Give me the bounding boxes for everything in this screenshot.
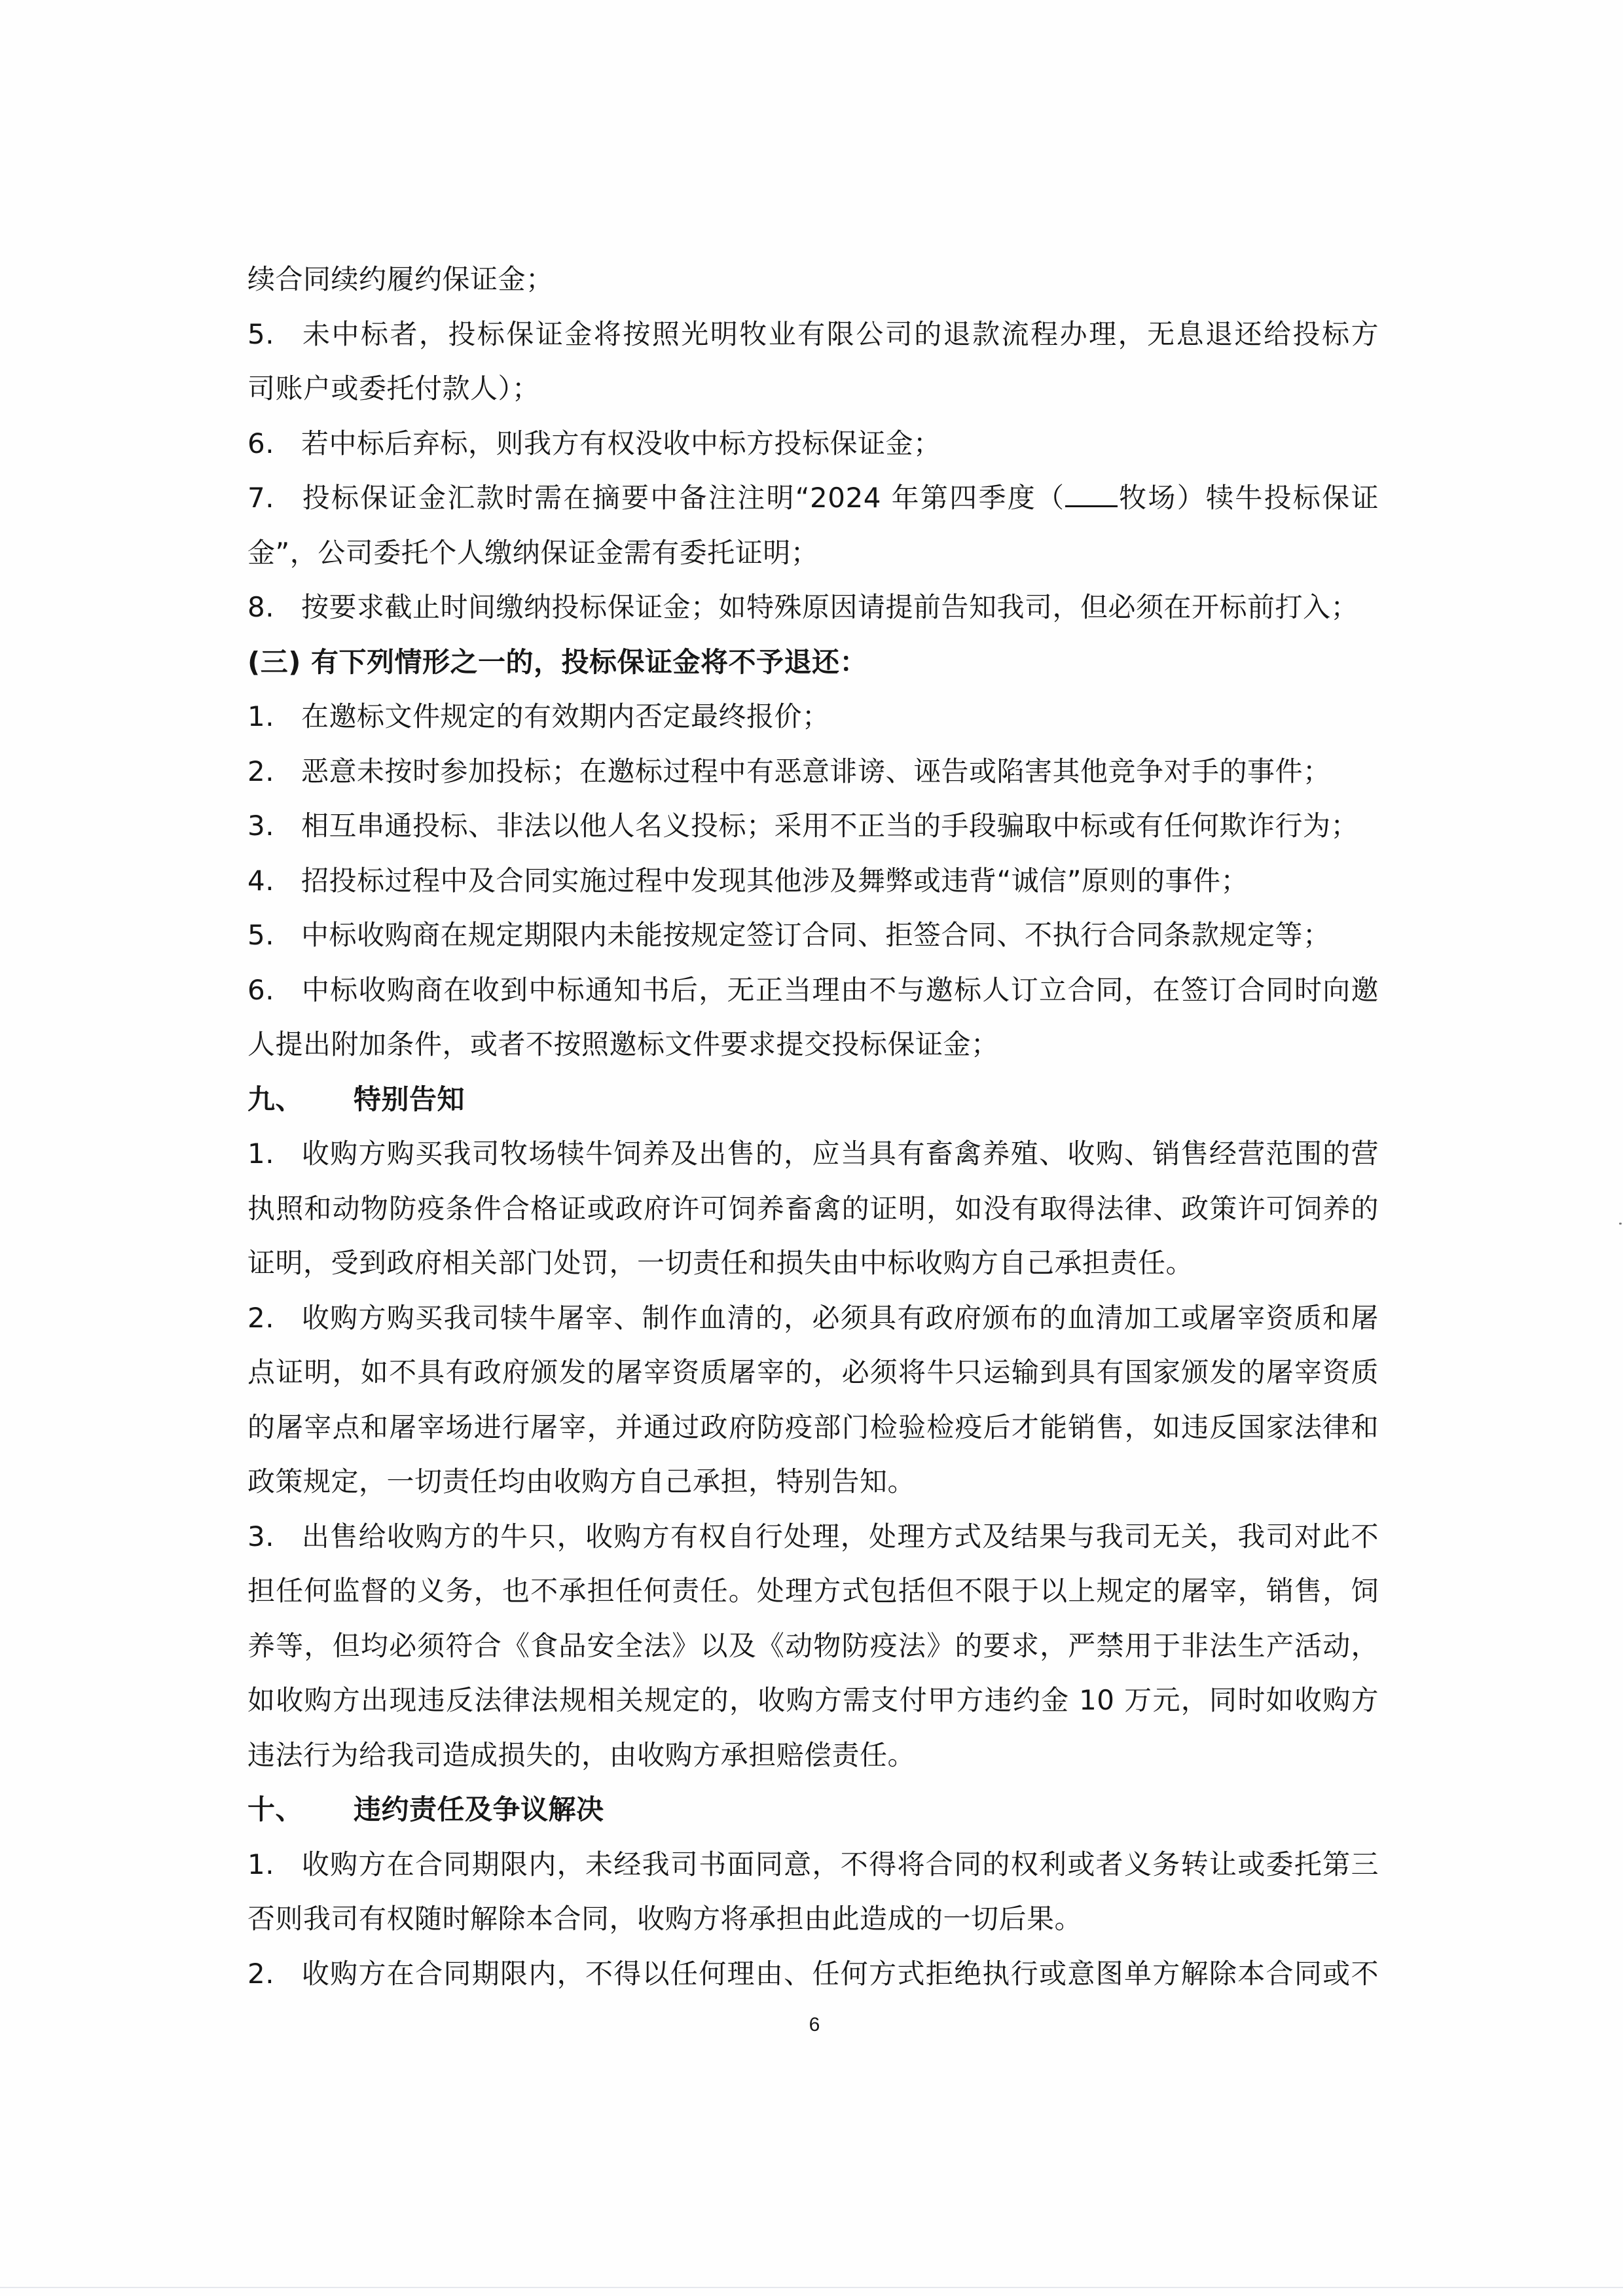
line-text: 政策规定，一切责任均由收购方自己承担，特别告知。 xyxy=(247,1465,915,1498)
item-text: 若中标后弃标，则我方有权没收中标方投标保证金； xyxy=(301,427,941,459)
item-text: 收购方购买我司犊牛屠宰、制作血清的，必须具有政府颁布的血清加工或屠宰资质和屠宰 xyxy=(247,1302,1379,1336)
list-item: 2.收购方在合同期限内，不得以任何理由、任何方式拒绝执行或意图单方解除本合同或不… xyxy=(247,1956,1379,1992)
item-text: 收购方在合同期限内，不得以任何理由、任何方式拒绝执行或意图单方解除本合同或不履 xyxy=(247,1958,1379,1992)
list-item: 1.在邀标文件规定的有效期内否定最终报价； xyxy=(247,698,1379,735)
line-text: 续合同续约履约保证金； xyxy=(247,263,554,295)
item-number: 3. xyxy=(247,1518,301,1555)
item-number: 2. xyxy=(247,753,301,790)
paragraph-line: 证明，受到政府相关部门处罚，一切责任和损失由中标收购方自己承担责任。 xyxy=(247,1245,1379,1282)
item-number: 2. xyxy=(247,1300,301,1336)
document-page: 续合同续约履约保证金； 5.未中标者，投标保证金将按照光明牧业有限公司的退款流程… xyxy=(0,0,1623,2296)
line-text: 养等，但均必须符合《食品安全法》以及《动物防疫法》的要求，严禁用于非法生产活动， xyxy=(247,1630,1379,1662)
item-text: 中标收购商在规定期限内未能按规定签订合同、拒签合同、不执行合同条款规定等； xyxy=(301,919,1331,951)
item-number: 2. xyxy=(247,1956,301,1992)
list-item: 3.相互串通投标、非法以他人名义投标；采用不正当的手段骗取中标或有任何欺诈行为； xyxy=(247,808,1379,844)
paragraph-line: 否则我司有权随时解除本合同，收购方将承担由此造成的一切后果。 xyxy=(247,1901,1379,1937)
list-item: 6.若中标后弃标，则我方有权没收中标方投标保证金； xyxy=(247,425,1379,462)
item-text: 恶意未按时参加投标；在邀标过程中有恶意诽谤、诬告或陷害其他竞争对手的事件； xyxy=(301,755,1331,787)
item-number: 6. xyxy=(247,972,301,1009)
line-text: 金”，公司委托个人缴纳保证金需有委托证明； xyxy=(247,537,818,569)
paragraph-line: 续合同续约履约保证金； xyxy=(247,261,1379,298)
item-number: 1. xyxy=(247,1136,301,1172)
list-item: 8.按要求截止时间缴纳投标保证金；如特殊原因请提前告知我司，但必须在开标前打入； xyxy=(247,589,1379,626)
fill-in-blank xyxy=(1065,486,1118,507)
line-text: 否则我司有权随时解除本合同，收购方将承担由此造成的一切后果。 xyxy=(247,1903,1082,1935)
paragraph-line: 担任何监督的义务，也不承担任何责任。处理方式包括但不限于以上规定的屠宰，销售，饲 xyxy=(247,1573,1379,1609)
item-number: 5. xyxy=(247,917,301,954)
list-item: 2.恶意未按时参加投标；在邀标过程中有恶意诽谤、诬告或陷害其他竞争对手的事件； xyxy=(247,753,1379,790)
subheading: (三) 有下列情形之一的，投标保证金将不予退还： xyxy=(247,644,1379,681)
line-text: 点证明，如不具有政府颁发的屠宰资质屠宰的，必须将牛只运输到具有国家颁发的屠宰资质 xyxy=(247,1356,1379,1388)
line-text: 如收购方出现违反法律法规相关规定的，收购方需支付甲方违约金 10 万元，同时如收… xyxy=(247,1684,1379,1719)
item-text: 按要求截止时间缴纳投标保证金；如特殊原因请提前告知我司，但必须在开标前打入； xyxy=(301,591,1359,623)
section-number: 九、 xyxy=(247,1081,354,1118)
item-text: 投标保证金汇款时需在摘要中备注注明“2024 年第四季度（ xyxy=(301,482,1065,514)
section-heading: 十、违约责任及争议解决 xyxy=(247,1791,1379,1828)
list-item: 2.收购方购买我司犊牛屠宰、制作血清的，必须具有政府颁布的血清加工或屠宰资质和屠… xyxy=(247,1300,1379,1336)
scan-artifact xyxy=(1619,1223,1622,1225)
paragraph-line: 的屠宰点和屠宰场进行屠宰，并通过政府防疫部门检验检疫后才能销售，如违反国家法律和 xyxy=(247,1409,1379,1446)
paragraph-line: 金”，公司委托个人缴纳保证金需有委托证明； xyxy=(247,535,1379,571)
paragraph-line: 司账户或委托付款人）； xyxy=(247,370,1379,407)
item-text: 收购方购买我司牧场犊牛饲养及出售的，应当具有畜禽养殖、收购、销售经营范围的营业 xyxy=(247,1138,1379,1172)
list-item: 6.中标收购商在收到中标通知书后，无正当理由不与邀标人订立合同，在签订合同时向邀… xyxy=(247,972,1379,1009)
item-text: 收购方在合同期限内，未经我司书面同意，不得将合同的权利或者义务转让或委托第三方， xyxy=(247,1848,1379,1883)
scan-edge-line xyxy=(0,2287,1623,2288)
item-number: 1. xyxy=(247,1846,301,1883)
line-text: 证明，受到政府相关部门处罚，一切责任和损失由中标收购方自己承担责任。 xyxy=(247,1247,1194,1279)
item-text: 相互串通投标、非法以他人名义投标；采用不正当的手段骗取中标或有任何欺诈行为； xyxy=(301,810,1359,842)
item-number: 4. xyxy=(247,863,301,899)
item-text: 未中标者，投标保证金将按照光明牧业有限公司的退款流程办理，无息退还给投标方（公 xyxy=(247,318,1379,353)
line-text: 司账户或委托付款人）； xyxy=(247,372,540,404)
item-text: 在邀标文件规定的有效期内否定最终报价； xyxy=(301,700,830,732)
paragraph-line: 政策规定，一切责任均由收购方自己承担，特别告知。 xyxy=(247,1463,1379,1500)
paragraph-line: 违法行为给我司造成损失的，由收购方承担赔偿责任。 xyxy=(247,1737,1379,1774)
line-text: 人提出附加条件，或者不按照邀标文件要求提交投标保证金； xyxy=(247,1028,999,1060)
item-number: 8. xyxy=(247,589,301,626)
line-text: 担任何监督的义务，也不承担任何责任。处理方式包括但不限于以上规定的屠宰，销售，饲 xyxy=(247,1575,1379,1607)
item-text: 招投标过程中及合同实施过程中发现其他涉及舞弊或违背“诚信”原则的事件； xyxy=(301,865,1249,897)
paragraph-line: 养等，但均必须符合《食品安全法》以及《动物防疫法》的要求，严禁用于非法生产活动， xyxy=(247,1628,1379,1664)
list-item: 3.出售给收购方的牛只，收购方有权自行处理，处理方式及结果与我司无关，我司对此不… xyxy=(247,1518,1379,1555)
list-item: 1.收购方在合同期限内，未经我司书面同意，不得将合同的权利或者义务转让或委托第三… xyxy=(247,1846,1379,1883)
paragraph-line: 执照和动物防疫条件合格证或政府许可饲养畜禽的证明，如没有取得法律、政策许可饲养的 xyxy=(247,1191,1379,1227)
item-number: 6. xyxy=(247,425,301,462)
list-item: 1.收购方购买我司牧场犊牛饲养及出售的，应当具有畜禽养殖、收购、销售经营范围的营… xyxy=(247,1136,1379,1172)
list-item: 5.未中标者，投标保证金将按照光明牧业有限公司的退款流程办理，无息退还给投标方（… xyxy=(247,316,1379,353)
section-number: 十、 xyxy=(247,1791,354,1828)
list-item: 7.投标保证金汇款时需在摘要中备注注明“2024 年第四季度（牧场）犊牛投标保证 xyxy=(247,480,1379,516)
paragraph-line: 如收购方出现违反法律法规相关规定的，收购方需支付甲方违约金 10 万元，同时如收… xyxy=(247,1682,1379,1719)
item-text: 中标收购商在收到中标通知书后，无正当理由不与邀标人订立合同，在签订合同时向邀标 xyxy=(247,974,1379,1009)
item-text: 牧场）犊牛投标保证 xyxy=(1118,482,1379,514)
item-text: 出售给收购方的牛只，收购方有权自行处理，处理方式及结果与我司无关，我司对此不承 xyxy=(247,1520,1379,1555)
paragraph-line: 点证明，如不具有政府颁发的屠宰资质屠宰的，必须将牛只运输到具有国家颁发的屠宰资质 xyxy=(247,1354,1379,1391)
item-number: 1. xyxy=(247,698,301,735)
item-number: 5. xyxy=(247,316,301,353)
item-number: 3. xyxy=(247,808,301,844)
page-number: 6 xyxy=(801,2011,828,2039)
paragraph-line: 人提出附加条件，或者不按照邀标文件要求提交投标保证金； xyxy=(247,1026,1379,1063)
line-text: 的屠宰点和屠宰场进行屠宰，并通过政府防疫部门检验检疫后才能销售，如违反国家法律和 xyxy=(247,1411,1379,1443)
list-item: 5.中标收购商在规定期限内未能按规定签订合同、拒签合同、不执行合同条款规定等； xyxy=(247,917,1379,954)
item-number: 7. xyxy=(247,480,301,516)
list-item: 4.招投标过程中及合同实施过程中发现其他涉及舞弊或违背“诚信”原则的事件； xyxy=(247,863,1379,899)
section-title: 特别告知 xyxy=(354,1083,465,1115)
section-heading: 九、特别告知 xyxy=(247,1081,1379,1118)
line-text: 执照和动物防疫条件合格证或政府许可饲养畜禽的证明，如没有取得法律、政策许可饲养的 xyxy=(247,1193,1379,1225)
line-text: 违法行为给我司造成损失的，由收购方承担赔偿责任。 xyxy=(247,1739,915,1771)
subheading-text: (三) 有下列情形之一的，投标保证金将不予退还： xyxy=(247,646,867,678)
section-title: 违约责任及争议解决 xyxy=(354,1793,604,1825)
